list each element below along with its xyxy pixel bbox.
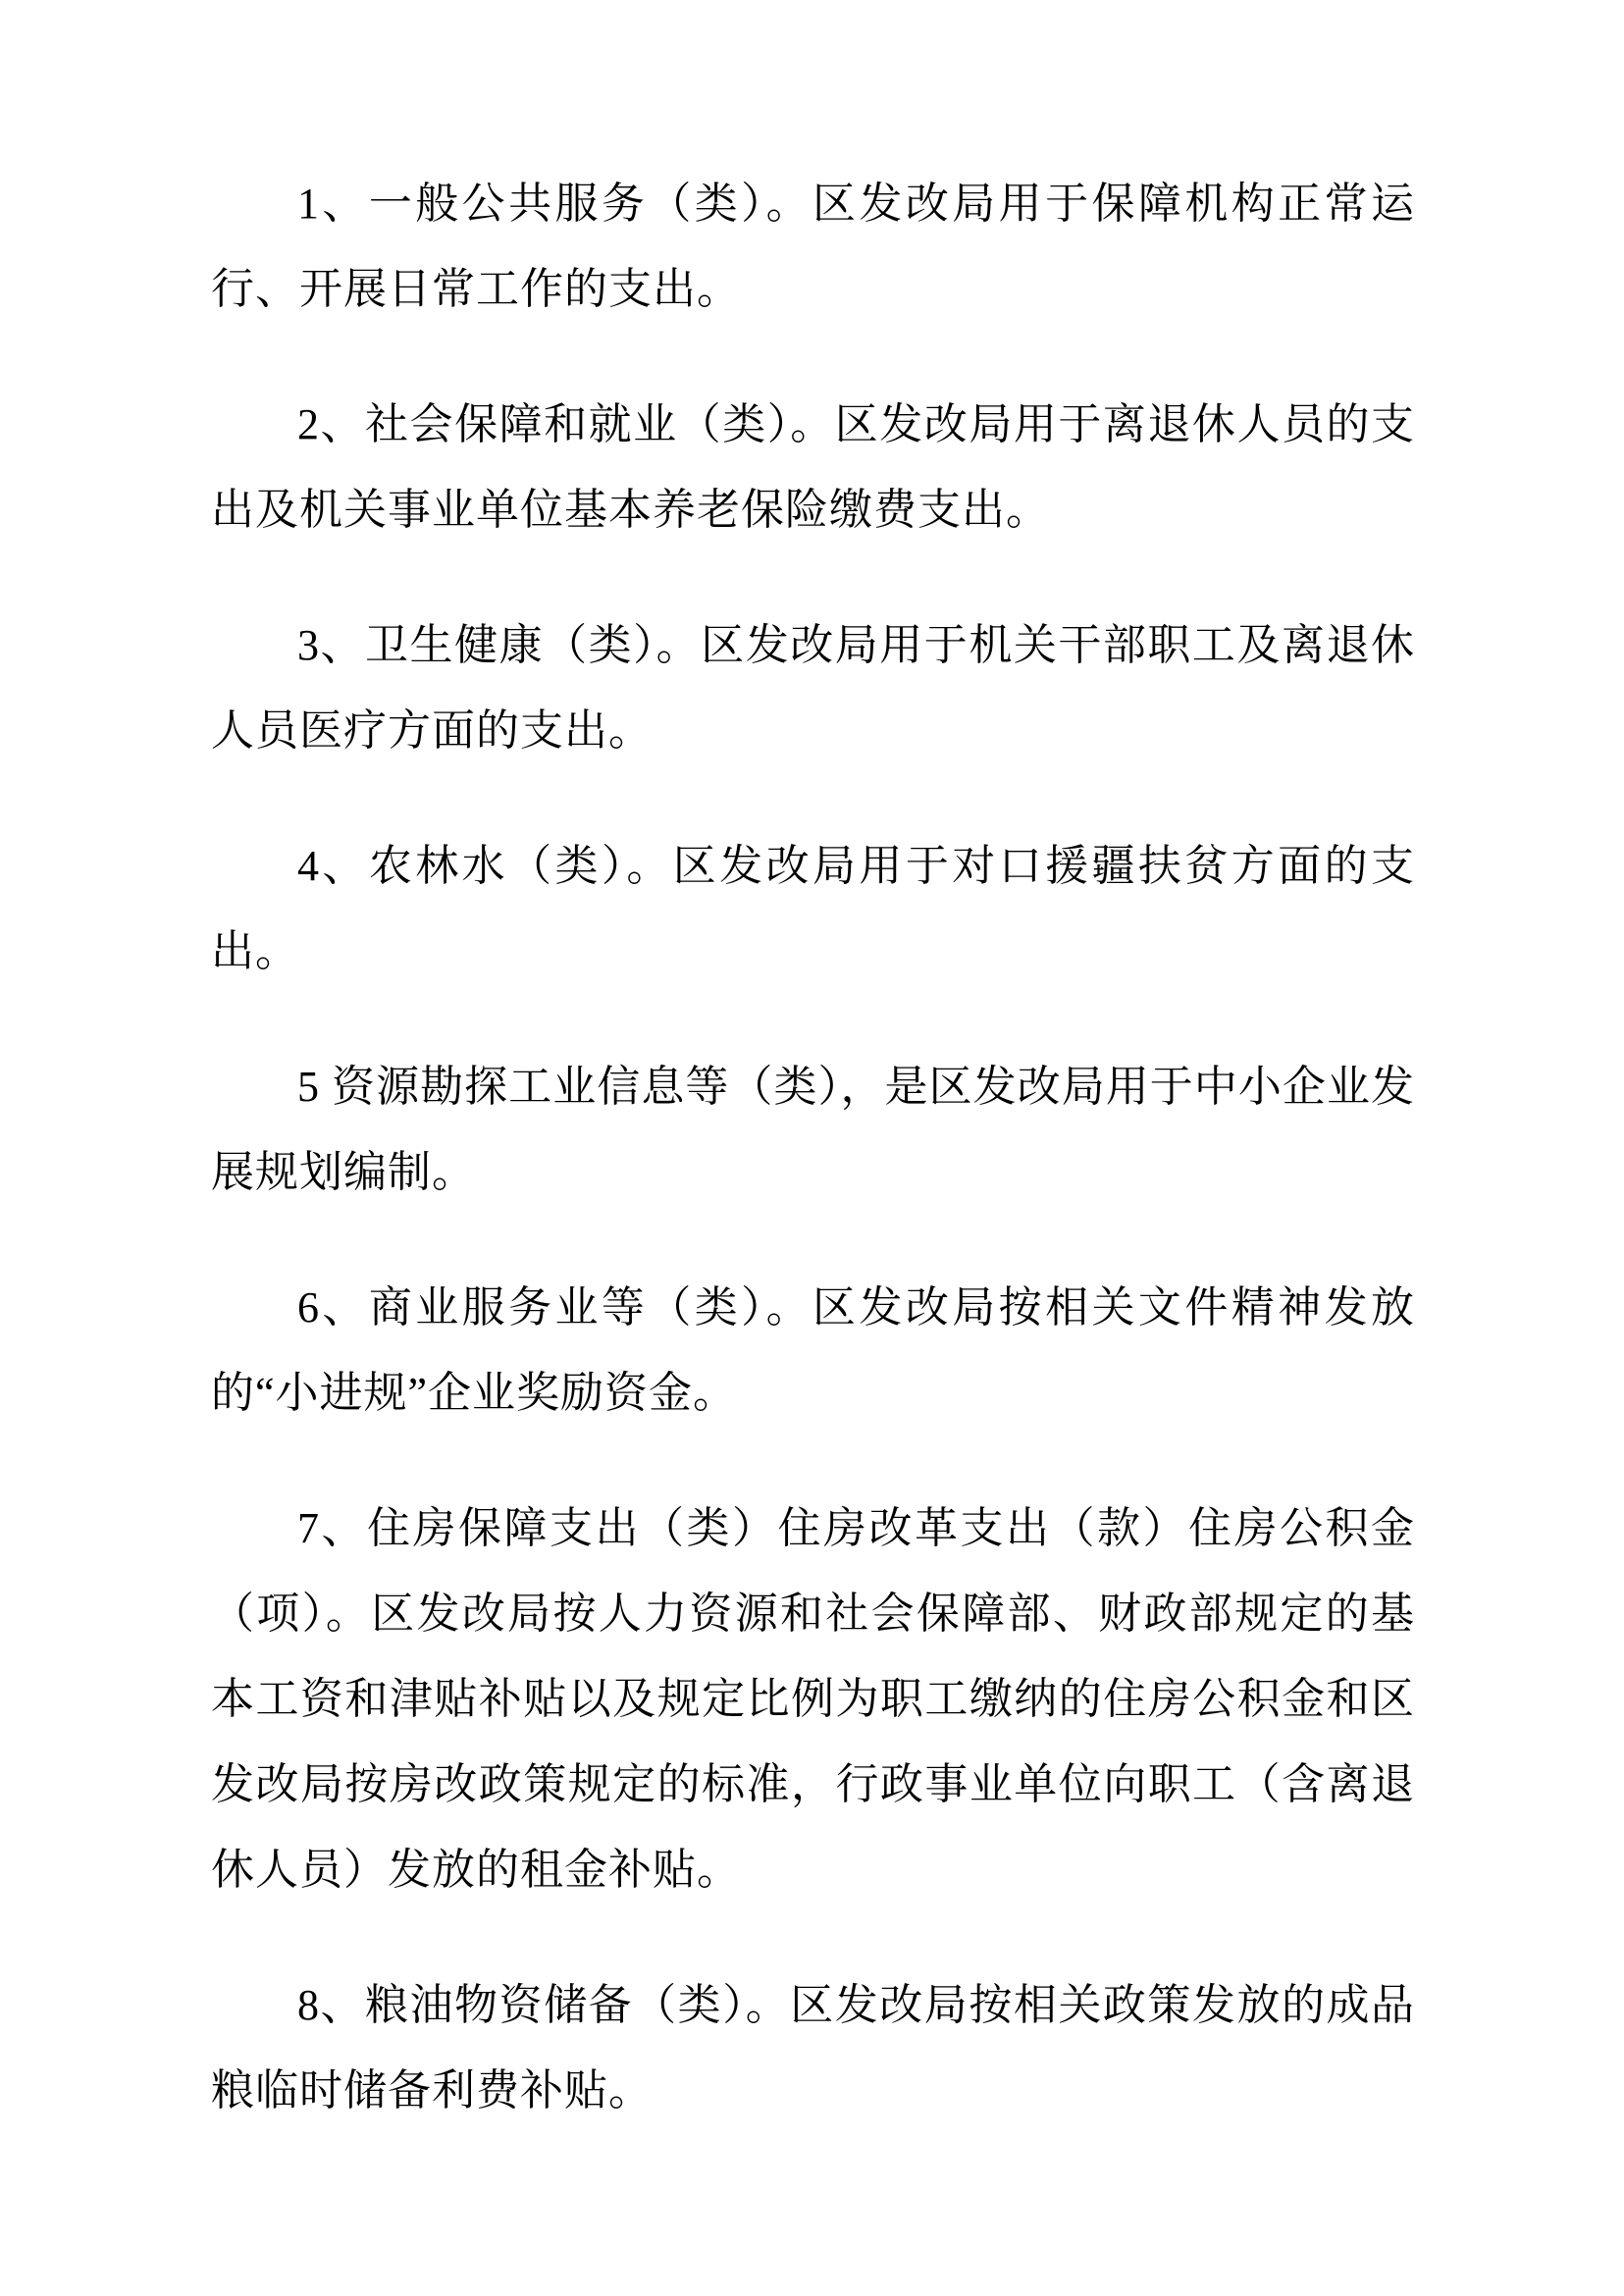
paragraph-item-1: 1、一般公共服务（类）。区发改局用于保障机构正常运行、开展日常工作的支出。 xyxy=(211,161,1415,332)
paragraph-item-7: 7、住房保障支出（类）住房改革支出（款）住房公积金（项）。区发改局按人力资源和社… xyxy=(211,1486,1415,1912)
paragraph-item-8: 8、粮油物资储备（类）。区发改局按相关政策发放的成品粮临时储备利费补贴。 xyxy=(211,1962,1415,2133)
paragraph-item-4: 4、农林水（类）。区发改局用于对口援疆扶贫方面的支出。 xyxy=(211,823,1415,994)
paragraph-item-5: 5 资源勘探工业信息等（类），是区发改局用于中小企业发展规划编制。 xyxy=(211,1044,1415,1215)
paragraph-item-6: 6、商业服务业等（类）。区发改局按相关文件精神发放的“小进规”企业奖励资金。 xyxy=(211,1265,1415,1435)
paragraph-item-2: 2、社会保障和就业（类）。区发改局用于离退休人员的支出及机关事业单位基本养老保险… xyxy=(211,382,1415,552)
document-page: 1、一般公共服务（类）。区发改局用于保障机构正常运行、开展日常工作的支出。 2、… xyxy=(0,0,1624,2296)
paragraph-item-3: 3、卫生健康（类）。区发改局用于机关干部职工及离退休人员医疗方面的支出。 xyxy=(211,602,1415,773)
